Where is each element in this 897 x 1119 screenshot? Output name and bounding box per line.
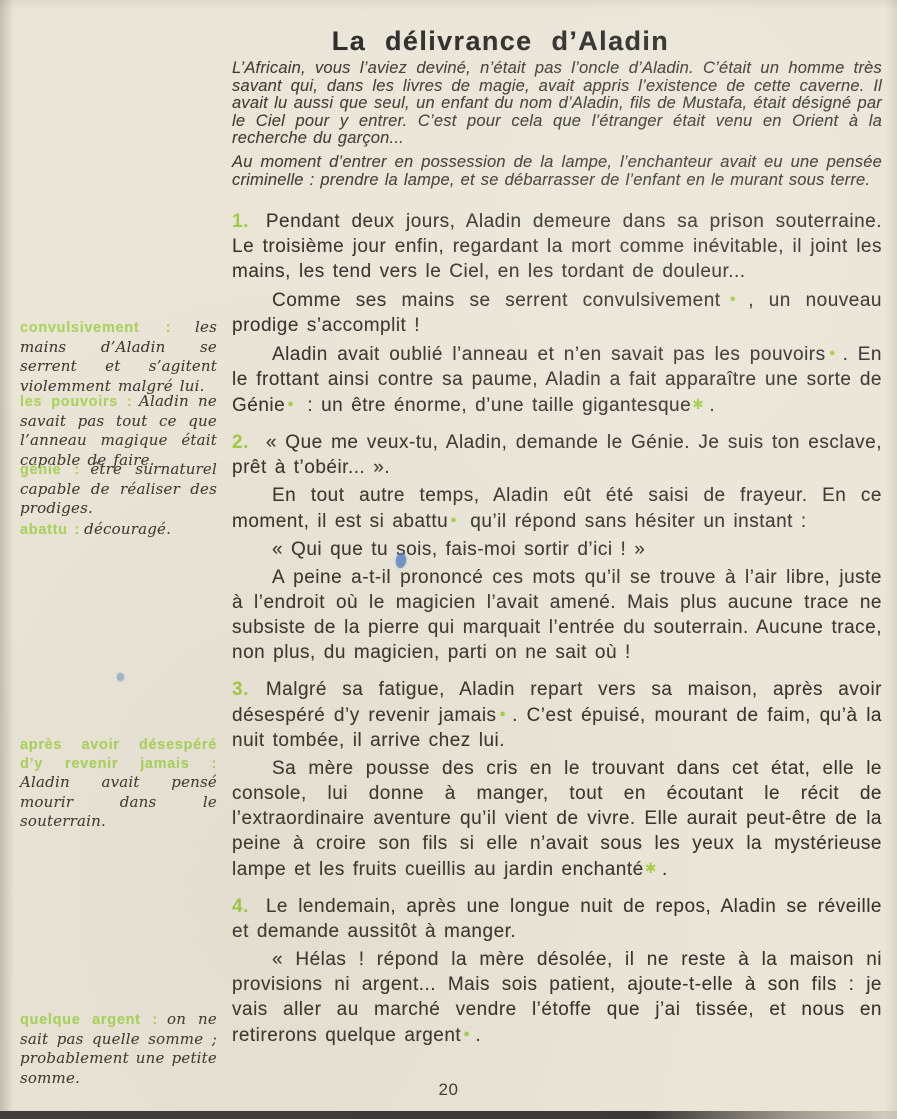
story-paragraph-4: 2.« Que me veux-tu, Aladin, demande le G… (232, 430, 882, 480)
margin-note-genie: génie : être surnaturel capable de réali… (20, 460, 217, 519)
story-paragraph-8: 3.Malgré sa fatigue, Aladin repart vers … (232, 677, 882, 753)
glossary-term: quelque argent : (20, 1012, 158, 1028)
story-text: qu’il répond sans hésiter un instant : (462, 511, 806, 532)
glossary-star-marker: ✱ (692, 396, 704, 412)
intro-section: L’Africain, vous l’aviez deviné, n’était… (232, 60, 882, 189)
ink-smudge (117, 673, 124, 681)
glossary-definition: découragé. (84, 520, 171, 538)
story-paragraph-11: « Hélas ! répond la mère désolée, il ne … (232, 947, 882, 1048)
story-paragraph-10: 4.Le lendemain, après une longue nuit de… (232, 894, 882, 944)
margin-note-apres-avoir-desespere: après avoir désespéré d’y revenir jamais… (20, 736, 217, 832)
glossary-star-marker: ✱ (645, 860, 657, 876)
page-number: 20 (0, 1080, 897, 1100)
scan-bottom-edge (0, 1111, 897, 1119)
page-title: La délivrance d’Aladin (52, 26, 897, 57)
story-text: . (709, 395, 715, 416)
glossary-term: convulsivement : (20, 320, 171, 336)
story-text: Le lendemain, après une longue nuit de r… (232, 896, 882, 942)
margin-note-abattu: abattu : découragé. (20, 520, 217, 540)
story-paragraph-9: Sa mère pousse des cris en le trouvant d… (232, 756, 882, 882)
story-section: 1.Pendant deux jours, Aladin demeure dan… (232, 209, 882, 1048)
glossary-dot-marker: ● (499, 708, 508, 720)
glossary-definition: Aladin avait pensé mourir dans le souter… (20, 773, 217, 830)
glossary-dot-marker: ● (828, 347, 838, 359)
section-number: 1. (232, 211, 249, 232)
intro-paragraph-2: Au moment d’entrer en possession de la l… (232, 154, 882, 189)
story-text: . (662, 859, 668, 880)
story-paragraph-1: 1.Pendant deux jours, Aladin demeure dan… (232, 209, 882, 284)
story-paragraph-6: « Qui que tu sois, fais-moi sortir d’ici… (232, 537, 882, 562)
intro-paragraph-1: L’Africain, vous l’aviez deviné, n’était… (232, 60, 882, 148)
main-text-column: L’Africain, vous l’aviez deviné, n’était… (232, 60, 882, 1048)
section-number: 2. (232, 432, 249, 453)
section-number: 3. (232, 679, 249, 700)
glossary-dot-marker: ● (450, 514, 457, 526)
story-text: « Que me veux-tu, Aladin, demande le Gén… (232, 432, 882, 478)
glossary-term: abattu : (20, 522, 80, 538)
story-text: Aladin avait oublié l’anneau et n’en sav… (272, 344, 826, 365)
story-paragraph-7: A peine a-t-il prononcé ces mots qu’il s… (232, 565, 882, 665)
section-number: 4. (232, 896, 249, 917)
story-text: Sa mère pousse des cris en le trouvant d… (232, 758, 882, 880)
story-paragraph-3: Aladin avait oublié l’anneau et n’en sav… (232, 341, 882, 418)
story-text: : un être énorme, d’une taille gigantesq… (299, 395, 691, 416)
story-text: « Hélas ! répond la mère désolée, il ne … (232, 949, 882, 1046)
margin-note-convulsivement: convulsivement : les mains d’Aladin se s… (20, 318, 217, 396)
margin-note-les-pouvoirs: les pouvoirs : Aladin ne savait pas tout… (20, 392, 217, 470)
book-page: La délivrance d’Aladin convulsivement : … (0, 0, 897, 1119)
story-text: . (475, 1025, 481, 1046)
glossary-term: génie : (20, 462, 80, 478)
glossary-dot-marker: ● (287, 398, 294, 410)
story-paragraph-5: En tout autre temps, Aladin eût été sais… (232, 483, 882, 534)
glossary-dot-marker: ● (723, 293, 744, 305)
story-text: Comme ses mains se serrent convulsivemen… (272, 290, 721, 311)
glossary-term: les pouvoirs : (20, 394, 133, 410)
glossary-dot-marker: ● (463, 1028, 470, 1040)
margin-note-quelque-argent: quelque argent : on ne sait pas quelle s… (20, 1010, 217, 1088)
glossary-term: après avoir désespéré d’y revenir jamais… (20, 737, 217, 772)
story-paragraph-2: Comme ses mains se serrent convulsivemen… (232, 287, 882, 338)
story-text: Pendant deux jours, Aladin demeure dans … (232, 211, 882, 282)
